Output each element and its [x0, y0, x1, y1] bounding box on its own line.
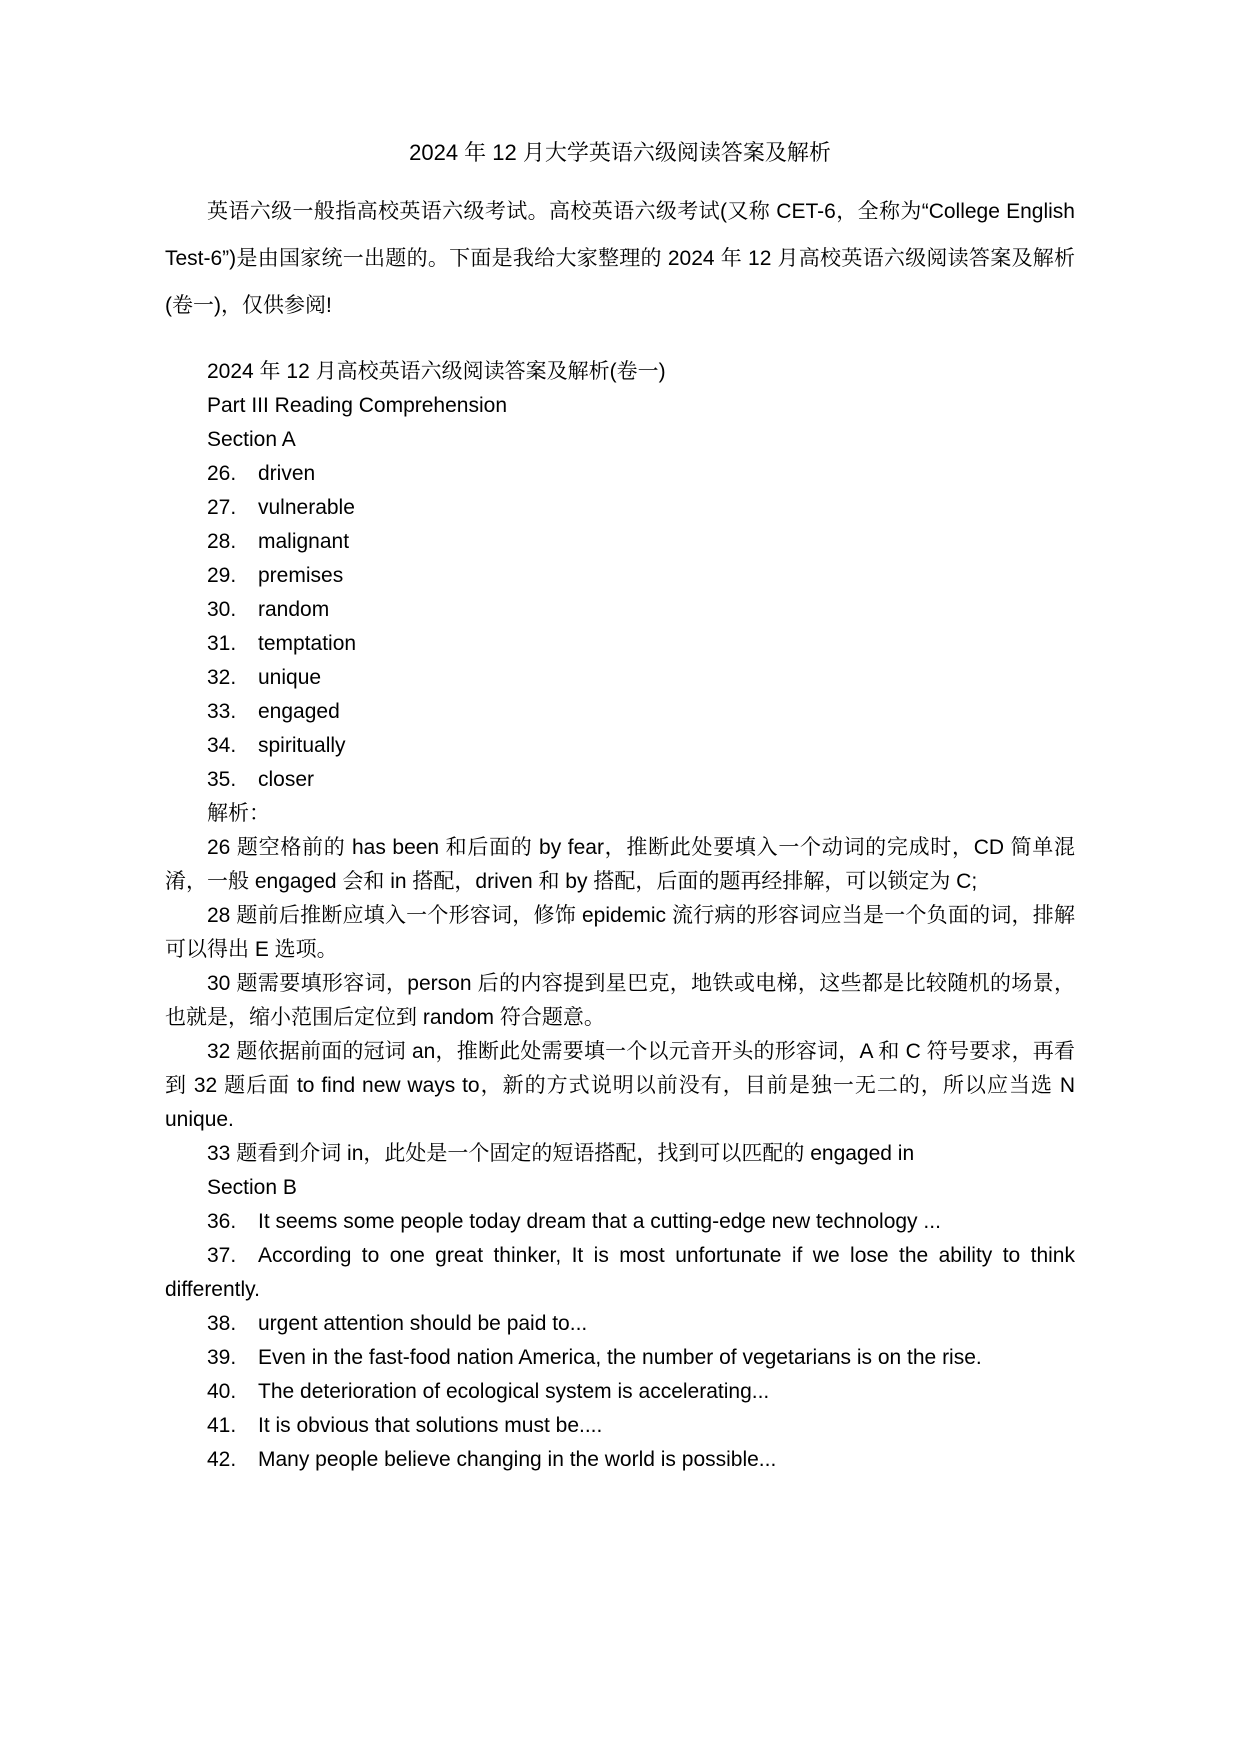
- analysis-paragraph: 32 题依据前面的冠词 an，推断此处需要填一个以元音开头的形容词，A 和 C …: [165, 1035, 1075, 1137]
- question-number: 41.: [207, 1409, 258, 1443]
- section-b-heading: Section B: [165, 1171, 1075, 1205]
- answer-word: spiritually: [258, 734, 346, 757]
- answer-item: 26.driven: [165, 457, 1075, 491]
- question-text: Even in the fast-food nation America, th…: [258, 1346, 982, 1369]
- question-item: 36.It seems some people today dream that…: [165, 1205, 1075, 1239]
- question-item: 37.According to one great thinker, It is…: [165, 1239, 1075, 1307]
- page-title: 2024 年 12 月大学英语六级阅读答案及解析: [165, 136, 1075, 170]
- analysis-section: 26 题空格前的 has been 和后面的 by fear，推断此处要填入一个…: [165, 831, 1075, 1171]
- question-text: Many people believe changing in the worl…: [258, 1448, 776, 1471]
- answer-word: engaged: [258, 700, 340, 723]
- answer-word: malignant: [258, 530, 349, 553]
- analysis-paragraph: 26 题空格前的 has been 和后面的 by fear，推断此处要填入一个…: [165, 831, 1075, 899]
- answer-number: 26.: [207, 457, 258, 491]
- question-text: The deterioration of ecological system i…: [258, 1380, 769, 1403]
- answer-item: 32.unique: [165, 661, 1075, 695]
- answer-number: 28.: [207, 525, 258, 559]
- section-a-heading: Section A: [165, 423, 1075, 457]
- answer-number: 31.: [207, 627, 258, 661]
- question-item: 42.Many people believe changing in the w…: [165, 1443, 1075, 1477]
- intro-paragraph: 英语六级一般指高校英语六级考试。高校英语六级考试(又称 CET-6，全称为“Co…: [165, 188, 1075, 329]
- question-text: It is obvious that solutions must be....: [258, 1414, 602, 1437]
- part-heading: Part III Reading Comprehension: [165, 389, 1075, 423]
- answer-word: temptation: [258, 632, 356, 655]
- question-number: 38.: [207, 1307, 258, 1341]
- question-item: 40.The deterioration of ecological syste…: [165, 1375, 1075, 1409]
- question-item: 38.urgent attention should be paid to...: [165, 1307, 1075, 1341]
- answer-item: 30.random: [165, 593, 1075, 627]
- answer-word: vulnerable: [258, 496, 355, 519]
- answer-word: closer: [258, 768, 314, 791]
- question-item: 39.Even in the fast-food nation America,…: [165, 1341, 1075, 1375]
- answer-number: 34.: [207, 729, 258, 763]
- analysis-paragraph: 28 题前后推断应填入一个形容词，修饰 epidemic 流行病的形容词应当是一…: [165, 899, 1075, 967]
- answer-number: 33.: [207, 695, 258, 729]
- answer-word: premises: [258, 564, 343, 587]
- answer-item: 27.vulnerable: [165, 491, 1075, 525]
- answer-word: random: [258, 598, 329, 621]
- question-text: According to one great thinker, It is mo…: [165, 1244, 1075, 1301]
- section-a-answer-list: 26.driven 27.vulnerable 28.malignant 29.…: [165, 457, 1075, 797]
- question-number: 42.: [207, 1443, 258, 1477]
- analysis-label: 解析：: [165, 797, 1075, 831]
- document-page: 2024 年 12 月大学英语六级阅读答案及解析 英语六级一般指高校英语六级考试…: [0, 0, 1240, 1753]
- question-number: 40.: [207, 1375, 258, 1409]
- answer-word: driven: [258, 462, 315, 485]
- question-number: 37.: [207, 1239, 258, 1273]
- answer-word: unique: [258, 666, 321, 689]
- answer-number: 32.: [207, 661, 258, 695]
- answer-item: 35.closer: [165, 763, 1075, 797]
- answer-item: 28.malignant: [165, 525, 1075, 559]
- question-number: 39.: [207, 1341, 258, 1375]
- answer-number: 30.: [207, 593, 258, 627]
- answer-item: 34.spiritually: [165, 729, 1075, 763]
- answer-number: 29.: [207, 559, 258, 593]
- analysis-paragraph: 33 题看到介词 in，此处是一个固定的短语搭配，找到可以匹配的 engaged…: [165, 1137, 1075, 1171]
- question-item: 41.It is obvious that solutions must be.…: [165, 1409, 1075, 1443]
- answer-item: 29.premises: [165, 559, 1075, 593]
- question-number: 36.: [207, 1205, 258, 1239]
- volume-heading: 2024 年 12 月高校英语六级阅读答案及解析(卷一): [165, 355, 1075, 389]
- analysis-paragraph: 30 题需要填形容词，person 后的内容提到星巴克，地铁或电梯，这些都是比较…: [165, 967, 1075, 1035]
- answer-item: 33.engaged: [165, 695, 1075, 729]
- question-text: It seems some people today dream that a …: [258, 1210, 941, 1233]
- section-b-question-list: 36.It seems some people today dream that…: [165, 1205, 1075, 1477]
- question-text: urgent attention should be paid to...: [258, 1312, 587, 1335]
- answer-item: 31.temptation: [165, 627, 1075, 661]
- answer-number: 27.: [207, 491, 258, 525]
- answer-number: 35.: [207, 763, 258, 797]
